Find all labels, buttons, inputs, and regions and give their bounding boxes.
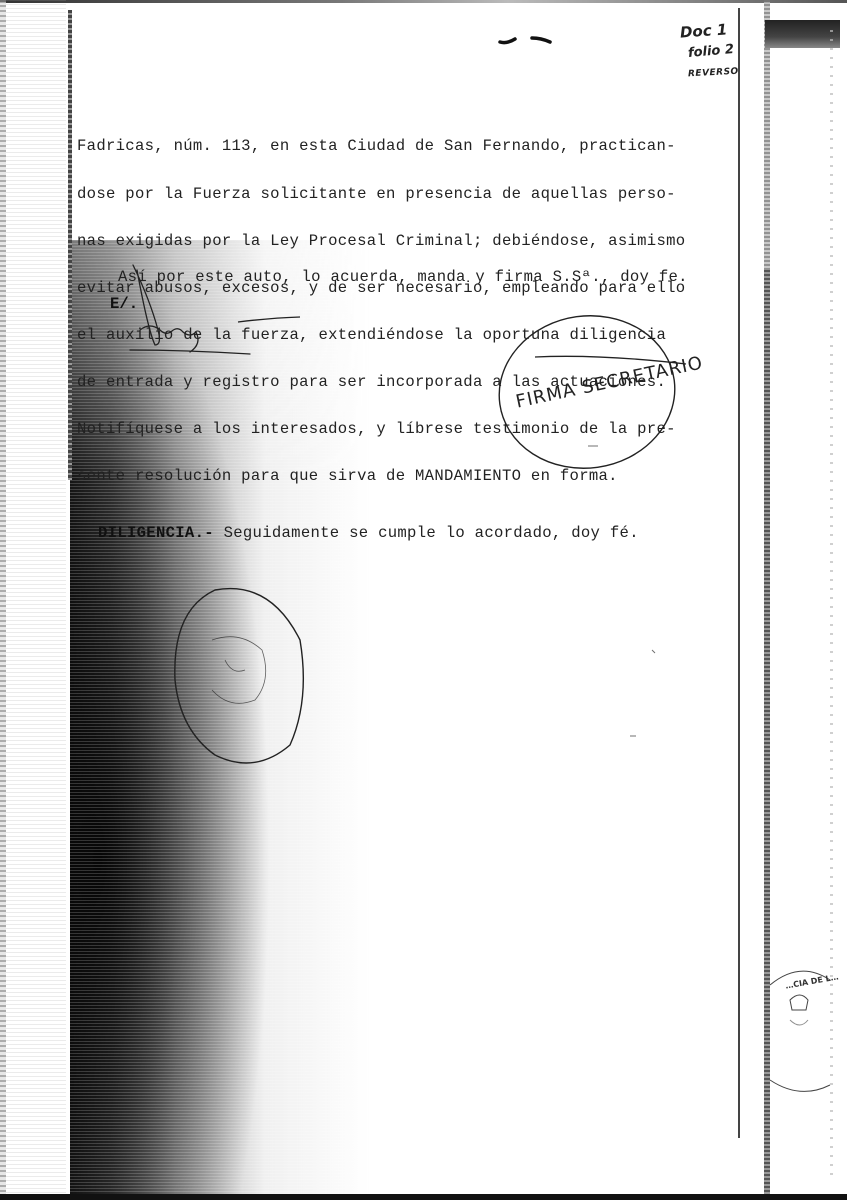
- top-dash-marks: [500, 38, 550, 43]
- crown-seal-icon: [770, 971, 830, 1091]
- secretary-signature-circle: [489, 304, 684, 479]
- court-seal-icon: [175, 589, 304, 763]
- judge-signature-icon: [130, 265, 250, 354]
- ink-strokes: [0, 0, 847, 1200]
